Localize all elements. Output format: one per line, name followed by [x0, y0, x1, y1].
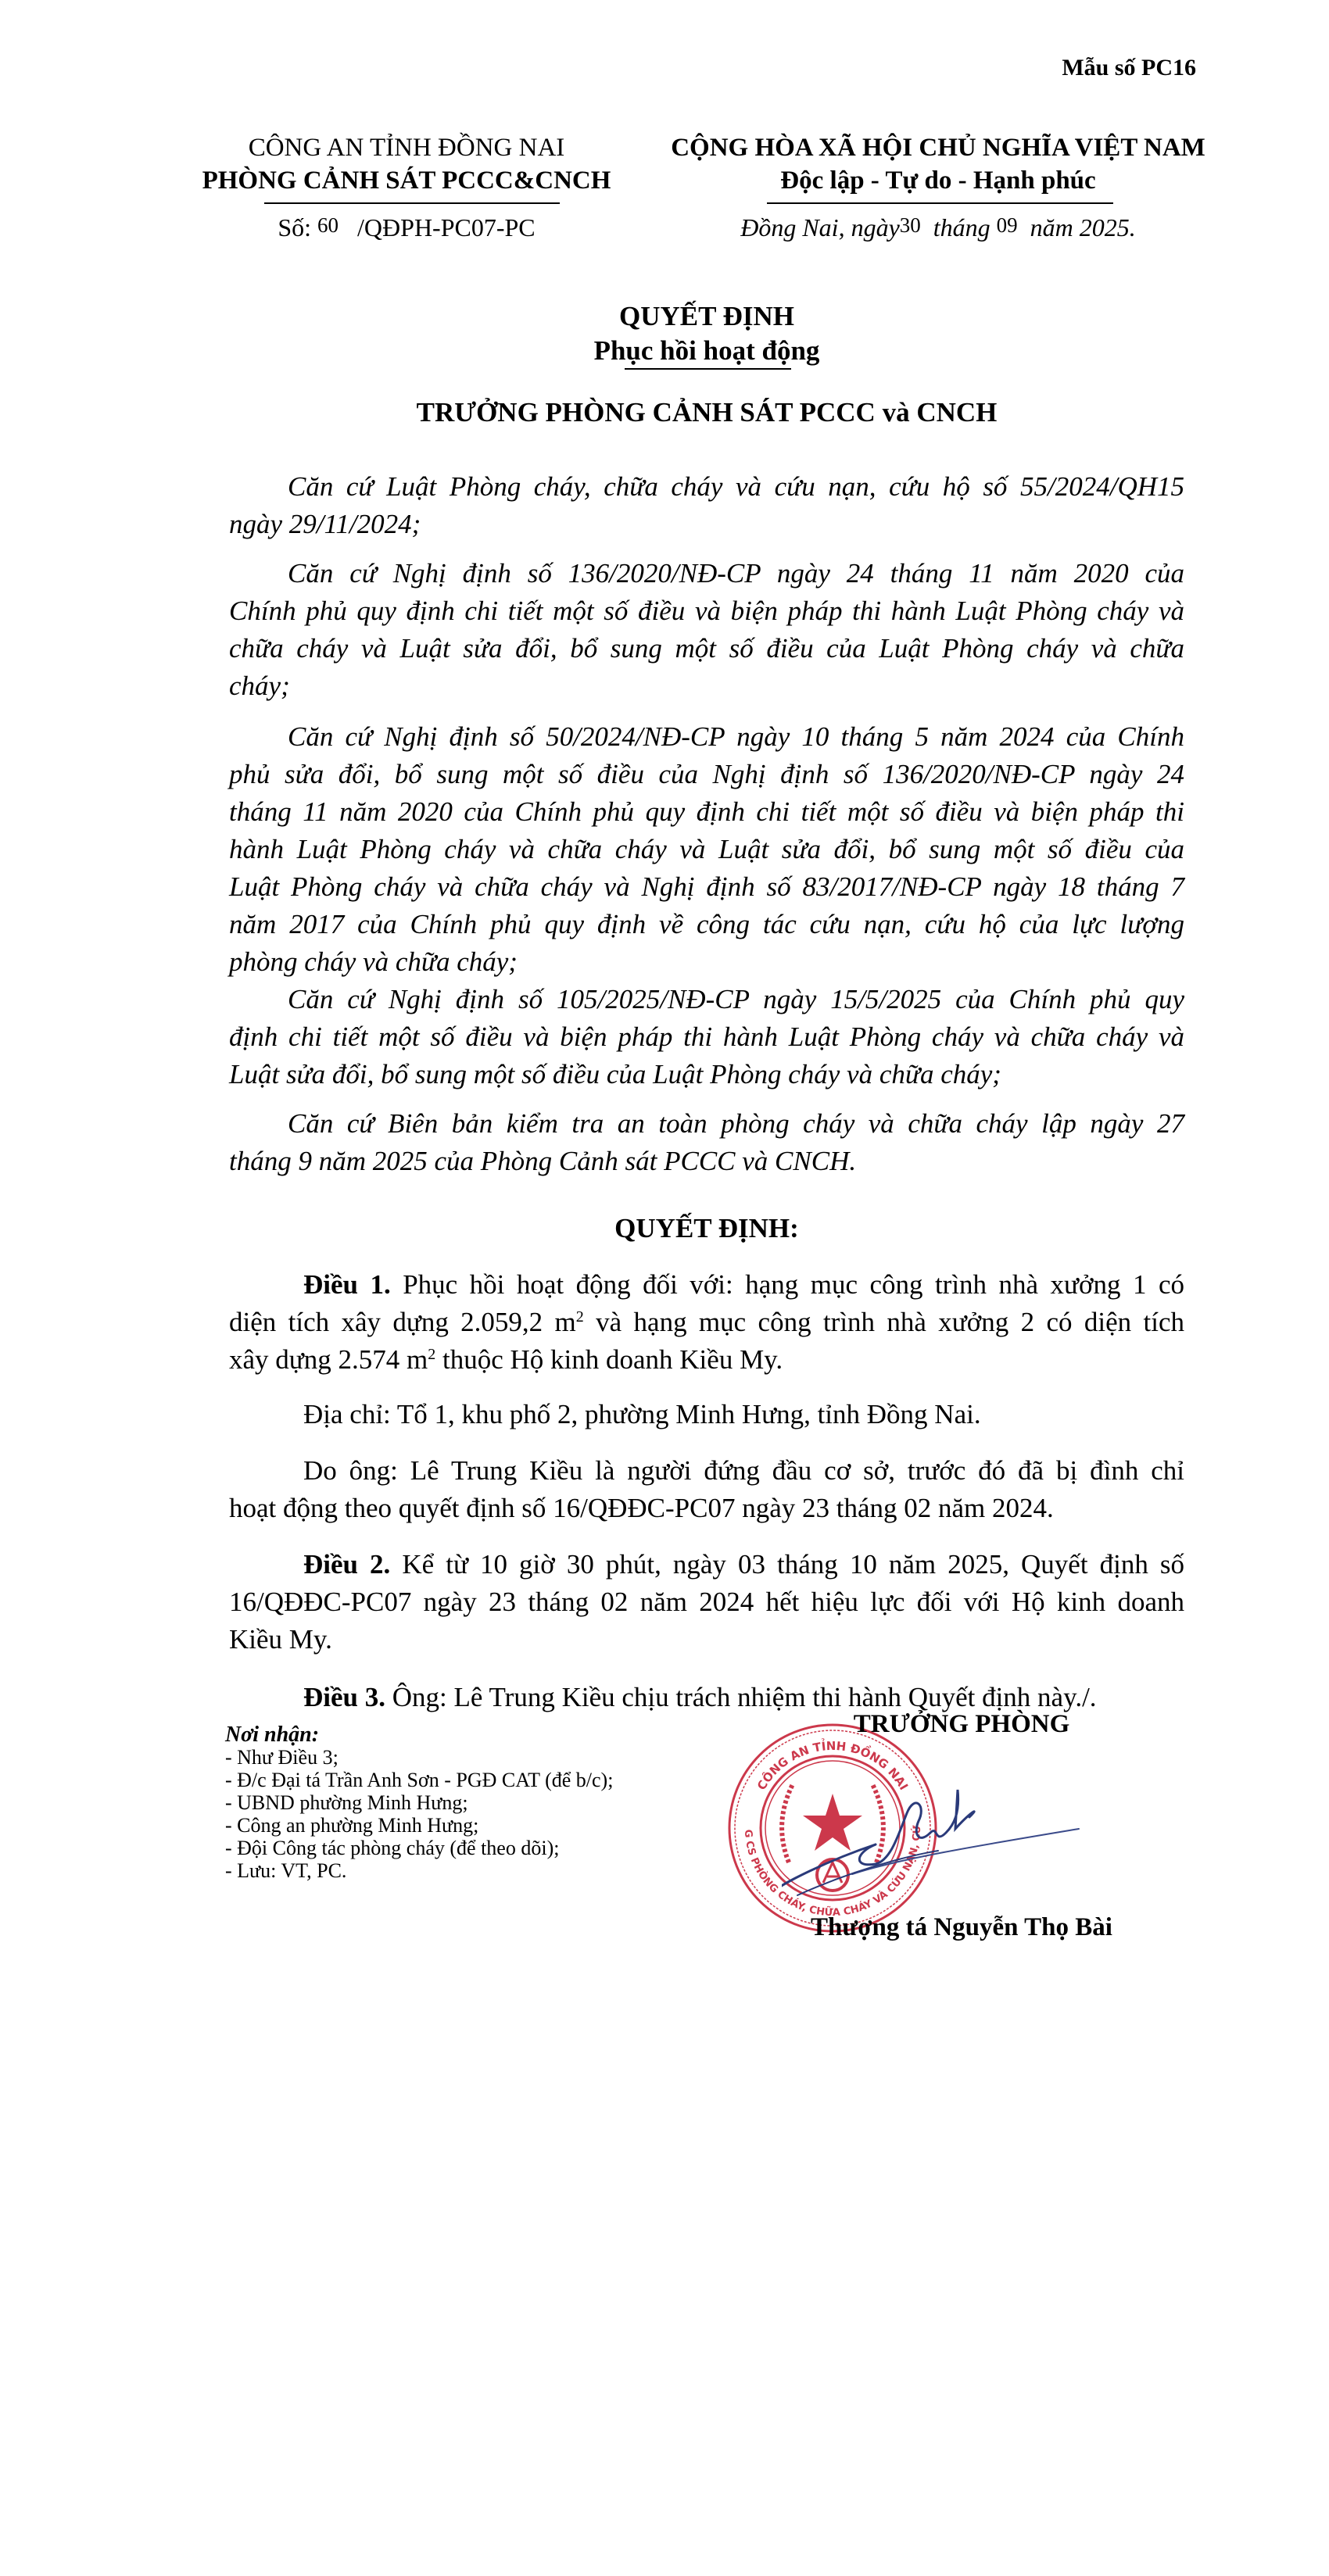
decision-heading: QUYẾT ĐỊNH:: [229, 1213, 1184, 1244]
doc-number-suffix: /QĐPH-PC07-PC: [357, 213, 536, 241]
recipient-item: - Công an phường Minh Hưng;: [225, 1814, 613, 1837]
text-line: định chi tiết một số điều và biện pháp t…: [229, 1018, 1184, 1056]
doc-number-value: 60: [317, 213, 339, 237]
text-line: Chính phủ quy định chi tiết một số điều …: [229, 592, 1184, 630]
signer-title: TRƯỞNG PHÒNG: [829, 1710, 1094, 1739]
legal-basis: Căn cứ Nghị định số 105/2025/NĐ-CP ngày …: [229, 981, 1184, 1093]
year-label: năm 2025.: [1030, 213, 1136, 241]
article-1-text: xây dựng 2.574 m: [229, 1344, 428, 1375]
issuing-authority: TRƯỞNG PHÒNG CẢNH SÁT PCCC và CNCH: [229, 397, 1184, 428]
recipient-item: - Như Điều 3;: [225, 1746, 613, 1769]
motto-underline: [767, 202, 1113, 204]
national-motto: Độc lập - Tự do - Hạnh phúc: [649, 166, 1227, 195]
text-line: phủ sửa đổi, bổ sung một số điều của Ngh…: [229, 756, 1184, 793]
text-line: Luật Phòng cháy và chữa cháy và Nghị địn…: [229, 868, 1184, 906]
text-line: Kiều My.: [229, 1621, 1184, 1658]
address: Địa chỉ: Tổ 1, khu phố 2, phường Minh Hư…: [229, 1396, 1184, 1433]
text-line: ngày 29/11/2024;: [229, 506, 1184, 543]
text-line: 16/QĐĐC-PC07 ngày 23 tháng 02 năm 2024 h…: [229, 1583, 1184, 1621]
date-day: 30: [900, 213, 921, 237]
text-line: Căn cứ Nghị định số 50/2024/NĐ-CP ngày 1…: [229, 718, 1184, 756]
legal-basis: Căn cứ Luật Phòng cháy, chữa cháy và cứu…: [229, 468, 1184, 543]
text-line: hành Luật Phòng cháy và chữa cháy và Luậ…: [229, 831, 1184, 868]
text-line: chữa cháy và Luật sửa đổi, bổ sung một s…: [229, 630, 1184, 667]
text-line: phòng cháy và chữa cháy;: [229, 943, 1184, 981]
recipient-item: - Đội Công tác phòng cháy (để theo dõi);: [225, 1837, 613, 1859]
text-line: Căn cứ Nghị định số 136/2020/NĐ-CP ngày …: [229, 555, 1184, 592]
document-type: QUYẾT ĐỊNH: [229, 301, 1184, 332]
article-1-label: Điều 1.: [303, 1269, 391, 1300]
article-3-text: Ông: Lê Trung Kiều chịu trách nhiệm thi …: [385, 1682, 1097, 1712]
article-3-label: Điều 3.: [303, 1682, 385, 1712]
article-1: Điều 1. Phục hồi hoạt động đối với: hạng…: [229, 1266, 1184, 1379]
text-line: hoạt động theo quyết định số 16/QĐĐC-PC0…: [229, 1490, 1184, 1527]
legal-basis: Căn cứ Biên bản kiểm tra an toàn phòng c…: [229, 1105, 1184, 1180]
nation-title: CỘNG HÒA XÃ HỘI CHỦ NGHĨA VIỆT NAM: [649, 134, 1227, 163]
place-label: Đồng Nai, ngày: [740, 213, 900, 241]
date-month: 09: [997, 213, 1018, 237]
recipient-item: - Đ/c Đại tá Trần Anh Sơn - PGĐ CAT (để …: [225, 1769, 613, 1791]
subject-underline: [625, 368, 791, 370]
article-1-text: Phục hồi hoạt động đối với: hạng mục côn…: [391, 1269, 1184, 1300]
recipient-item: - UBND phường Minh Hưng;: [225, 1791, 613, 1814]
agency-underline: [264, 202, 560, 204]
document-number: Số: 60 /QĐPH-PC07-PC: [180, 213, 633, 242]
legal-basis: Căn cứ Nghị định số 136/2020/NĐ-CP ngày …: [229, 555, 1184, 705]
agency-name: PHÒNG CẢNH SÁT PCCC&CNCH: [180, 166, 633, 195]
article-2: Điều 2. Kể từ 10 giờ 30 phút, ngày 03 th…: [229, 1546, 1184, 1658]
text-line: Luật sửa đổi, bổ sung một số điều của Lu…: [229, 1056, 1184, 1093]
recipients-title: Nơi nhận:: [225, 1723, 613, 1746]
text-line: Căn cứ Luật Phòng cháy, chữa cháy và cứu…: [229, 468, 1184, 506]
article-1-text: và hạng mục công trình nhà xưởng 2 có di…: [584, 1307, 1184, 1337]
text-line: tháng 9 năm 2025 của Phòng Cảnh sát PCCC…: [229, 1143, 1184, 1180]
place-date: Đồng Nai, ngày30 tháng 09 năm 2025.: [649, 213, 1227, 242]
article-1-text: diện tích xây dựng 2.059,2 m: [229, 1307, 576, 1337]
legal-basis: Căn cứ Nghị định số 50/2024/NĐ-CP ngày 1…: [229, 718, 1184, 981]
article-1-text: thuộc Hộ kinh doanh Kiều My.: [435, 1344, 783, 1375]
month-label: tháng: [933, 213, 990, 241]
article-label: Điều 2.: [303, 1549, 390, 1580]
text-line: Do ông: Lê Trung Kiều là người đứng đầu …: [229, 1452, 1184, 1490]
agency-parent: CÔNG AN TỈNH ĐỒNG NAI: [180, 134, 633, 163]
form-number: Mẫu số PC16: [1048, 55, 1196, 81]
text-line: Căn cứ Biên bản kiểm tra an toàn phòng c…: [229, 1105, 1184, 1143]
document-subject: Phục hồi hoạt động: [229, 335, 1184, 367]
recipient-item: - Lưu: VT, PC.: [225, 1859, 613, 1882]
superscript: 2: [428, 1346, 435, 1363]
recipients-list: Nơi nhận: - Như Điều 3;- Đ/c Đại tá Trần…: [225, 1723, 613, 1882]
signer-name: Thượng tá Nguyễn Thọ Bài: [774, 1913, 1149, 1942]
owner-statement: Do ông: Lê Trung Kiều là người đứng đầu …: [229, 1452, 1184, 1527]
text-line: Điều 2. Kể từ 10 giờ 30 phút, ngày 03 th…: [229, 1546, 1184, 1583]
text-line: cháy;: [229, 667, 1184, 705]
text-line: Căn cứ Nghị định số 105/2025/NĐ-CP ngày …: [229, 981, 1184, 1018]
text-line: năm 2017 của Chính phủ quy định về công …: [229, 906, 1184, 943]
handwritten-signature-icon: [782, 1758, 1141, 1915]
superscript: 2: [576, 1308, 584, 1326]
text-line: Địa chỉ: Tổ 1, khu phố 2, phường Minh Hư…: [229, 1396, 1184, 1433]
text-line: tháng 11 năm 2020 của Chính phủ quy định…: [229, 793, 1184, 831]
doc-number-prefix: Số:: [278, 213, 311, 241]
